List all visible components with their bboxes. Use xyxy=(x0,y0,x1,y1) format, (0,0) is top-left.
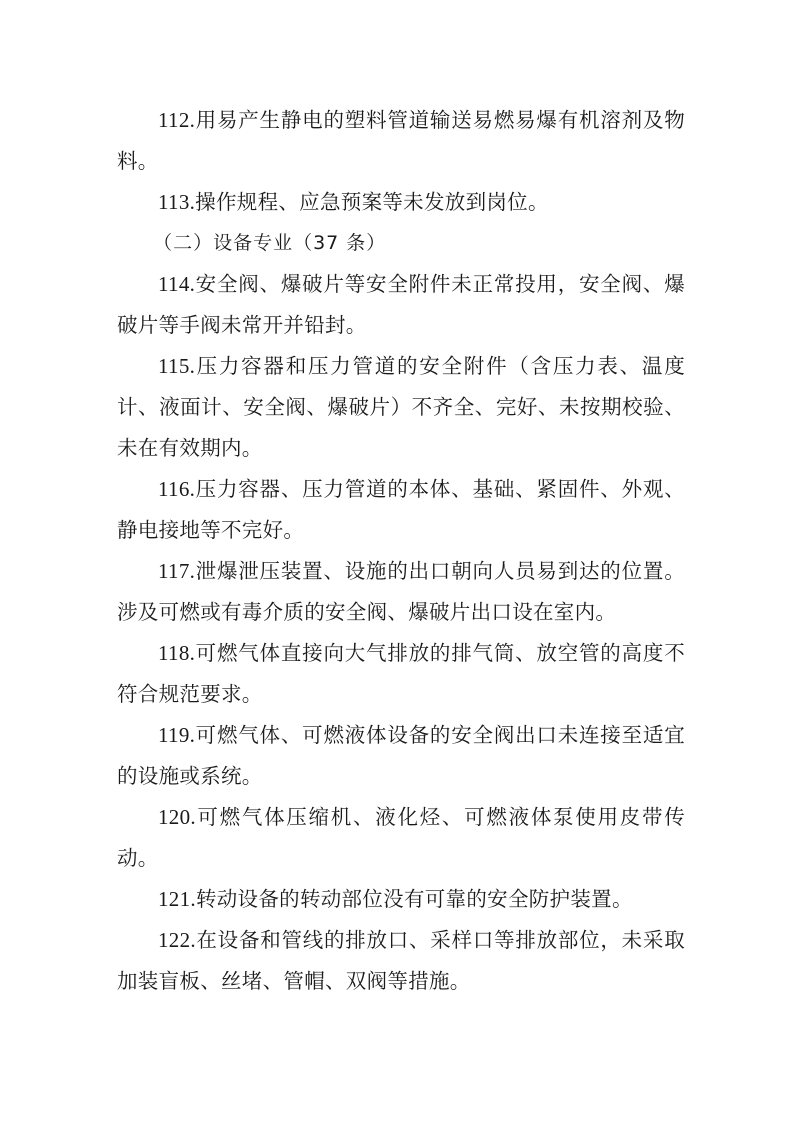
item-text: 用易产生静电的塑料管道输送易燃易爆有机溶剂及物料。 xyxy=(117,108,685,173)
item-number: 121. xyxy=(158,887,196,911)
item-number: 113. xyxy=(158,190,195,214)
list-item-114: 114.安全阀、爆破片等安全附件未正常投用，安全阀、爆破片等手阀未常开并铅封。 xyxy=(117,264,685,346)
item-text: 安全阀、爆破片等安全附件未正常投用，安全阀、爆破片等手阀未常开并铅封。 xyxy=(117,272,685,337)
item-number: 116. xyxy=(158,477,195,501)
list-item-116: 116.压力容器、压力管道的本体、基础、紧固件、外观、静电接地等不完好。 xyxy=(117,469,685,551)
list-item-115: 115.压力容器和压力管道的安全附件（含压力表、温度计、液面计、安全阀、爆破片）… xyxy=(117,346,685,469)
section-heading: （二）设备专业（37 条） xyxy=(117,223,685,264)
list-item-121: 121.转动设备的转动部位没有可靠的安全防护装置。 xyxy=(117,879,685,920)
item-text: 压力容器、压力管道的本体、基础、紧固件、外观、静电接地等不完好。 xyxy=(117,477,685,542)
item-number: 118. xyxy=(158,641,195,665)
list-item-119: 119.可燃气体、可燃液体设备的安全阀出口未连接至适宜的设施或系统。 xyxy=(117,715,685,797)
item-number: 115. xyxy=(158,354,195,378)
item-number: 117. xyxy=(158,559,195,583)
document-page: 112.用易产生静电的塑料管道输送易燃易爆有机溶剂及物料。 113.操作规程、应… xyxy=(117,100,685,1002)
list-item-120: 120.可燃气体压缩机、液化烃、可燃液体泵使用皮带传动。 xyxy=(117,797,685,879)
item-text: 可燃气体直接向大气排放的排气筒、放空管的高度不符合规范要求。 xyxy=(117,641,685,706)
item-number: 114. xyxy=(158,272,195,296)
item-text: 泄爆泄压装置、设施的出口朝向人员易到达的位置。涉及可燃或有毒介质的安全阀、爆破片… xyxy=(117,559,685,624)
item-text: 操作规程、应急预案等未发放到岗位。 xyxy=(195,190,549,214)
list-item-113: 113.操作规程、应急预案等未发放到岗位。 xyxy=(117,182,685,223)
item-text: 压力容器和压力管道的安全附件（含压力表、温度计、液面计、安全阀、爆破片）不齐全、… xyxy=(117,354,685,460)
list-item-117: 117.泄爆泄压装置、设施的出口朝向人员易到达的位置。涉及可燃或有毒介质的安全阀… xyxy=(117,551,685,633)
item-number: 120. xyxy=(158,805,196,829)
item-text: 转动设备的转动部位没有可靠的安全防护装置。 xyxy=(196,887,633,911)
list-item-122: 122.在设备和管线的排放口、采样口等排放部位，未采取加装盲板、丝堵、管帽、双阀… xyxy=(117,920,685,1002)
item-number: 122. xyxy=(158,928,196,952)
item-number: 112. xyxy=(158,108,195,132)
item-text: 可燃气体压缩机、液化烃、可燃液体泵使用皮带传动。 xyxy=(117,805,685,870)
item-text: 可燃气体、可燃液体设备的安全阀出口未连接至适宜的设施或系统。 xyxy=(117,723,685,788)
item-number: 119. xyxy=(158,723,195,747)
list-item-118: 118.可燃气体直接向大气排放的排气筒、放空管的高度不符合规范要求。 xyxy=(117,633,685,715)
list-item-112: 112.用易产生静电的塑料管道输送易燃易爆有机溶剂及物料。 xyxy=(117,100,685,182)
item-text: 在设备和管线的排放口、采样口等排放部位，未采取加装盲板、丝堵、管帽、双阀等措施。 xyxy=(117,928,685,993)
